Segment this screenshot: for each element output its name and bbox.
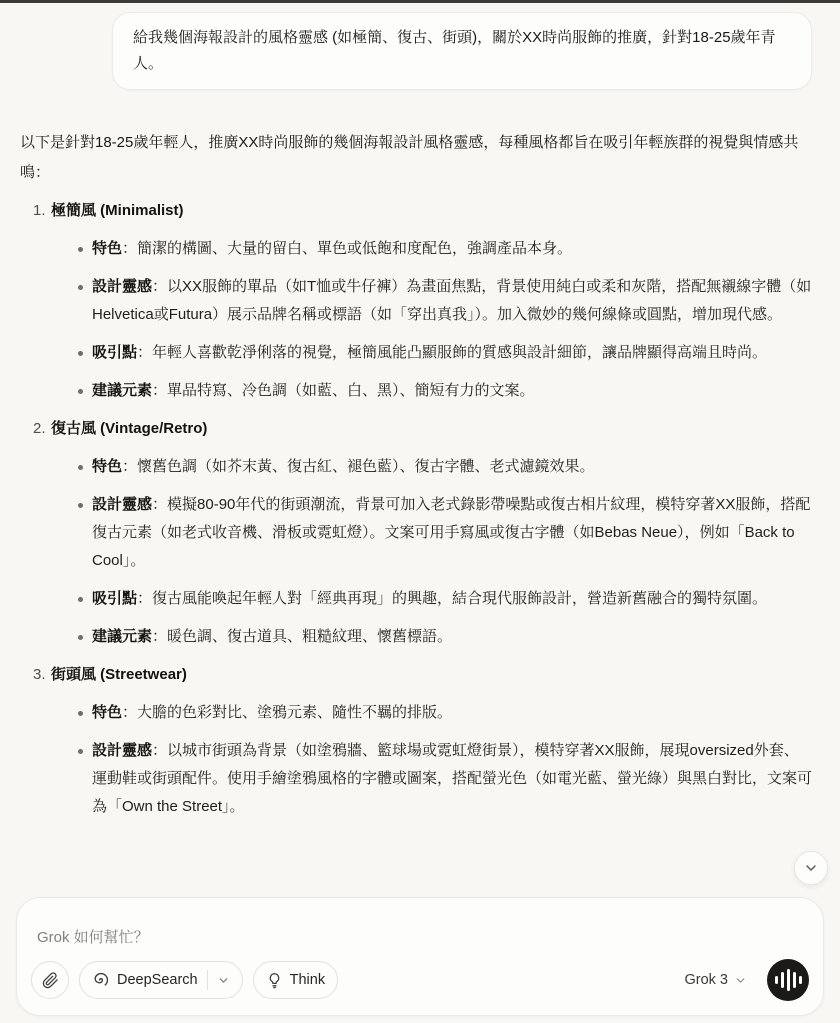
- deepsearch-label: DeepSearch: [117, 972, 198, 988]
- section-bullets: 特色：大膽的色彩對比、塗鴉元素、隨性不羈的排版。 設計靈感：以城市街頭為背景（如…: [78, 699, 812, 821]
- think-button[interactable]: Think: [253, 961, 338, 999]
- chat-area: 給我幾個海報設計的風格靈感 (如極簡、復古、街頭)，關於XX時尚服飾的推廣，針對…: [0, 3, 840, 1023]
- bullet-label: 吸引點: [92, 344, 137, 361]
- bullet-label: 特色: [92, 240, 122, 257]
- attach-file-button[interactable]: [31, 961, 69, 999]
- bullet-text: ：單品特寫、冷色調（如藍、白、黑）、簡短有力的文案。: [152, 382, 535, 399]
- pill-divider: [207, 970, 208, 990]
- chevron-down-icon: [803, 860, 819, 876]
- bullet-text: ：大膽的色彩對比、塗鴉元素、隨性不羈的排版。: [122, 704, 452, 721]
- bullet-item: 特色：懷舊色調（如芥末黃、復古紅、褪色藍）、復古字體、老式濾鏡效果。: [78, 453, 812, 481]
- bullet-item: 設計靈感：模擬80-90年代的街頭潮流，背景可加入老式錄影帶噪點或復古相片紋理，…: [78, 491, 812, 575]
- section-title: 3. 街頭風 (Streetwear): [20, 661, 812, 689]
- message-input[interactable]: [17, 898, 823, 959]
- model-selector[interactable]: Grok 3: [680, 966, 751, 994]
- bullet-label: 吸引點: [92, 590, 137, 607]
- user-message-row: 給我幾個海報設計的風格靈感 (如極簡、復古、街頭)，關於XX時尚服飾的推廣，針對…: [20, 12, 812, 90]
- bullet-label: 設計靈感: [92, 278, 152, 295]
- bullet-item: 特色：大膽的色彩對比、塗鴉元素、隨性不羈的排版。: [78, 699, 812, 727]
- bullet-label: 設計靈感: [92, 496, 152, 513]
- bullet-item: 特色：簡潔的構圖、大量的留白、單色或低飽和度配色，強調產品本身。: [78, 235, 812, 263]
- bullet-item: 吸引點：年輕人喜歡乾淨俐落的視覺，極簡風能凸顯服飾的質感與設計細節，讓品牌顯得高…: [78, 339, 812, 367]
- section-streetwear: 3. 街頭風 (Streetwear) 特色：大膽的色彩對比、塗鴉元素、隨性不羈…: [20, 661, 812, 821]
- bullet-item: 建議元素：暖色調、復古道具、粗糙紋理、懷舊標語。: [78, 623, 812, 651]
- assistant-intro: 以下是針對18-25歲年輕人，推廣XX時尚服飾的幾個海報設計風格靈感，每種風格都…: [20, 128, 812, 188]
- bullet-label: 特色: [92, 704, 122, 721]
- bullet-item: 設計靈感：以XX服飾的單品（如T恤或牛仔褲）為畫面焦點，背景使用純白或柔和灰階，…: [78, 273, 812, 329]
- assistant-response: 以下是針對18-25歲年輕人，推廣XX時尚服飾的幾個海報設計風格靈感，每種風格都…: [20, 128, 812, 821]
- think-label: Think: [290, 972, 325, 988]
- deepsearch-button[interactable]: DeepSearch: [79, 961, 243, 999]
- deepsearch-chevron-down-icon[interactable]: [217, 974, 230, 987]
- bullet-text: ：以XX服飾的單品（如T恤或牛仔褲）為畫面焦點，背景使用純白或柔和灰階，搭配無襯…: [92, 278, 811, 323]
- bullet-label: 設計靈感: [92, 742, 152, 759]
- bullet-text: ：模擬80-90年代的街頭潮流，背景可加入老式錄影帶噪點或復古相片紋理，模特穿著…: [92, 496, 810, 569]
- bullet-text: ：暖色調、復古道具、粗糙紋理、懷舊標語。: [152, 628, 452, 645]
- paperclip-icon: [42, 972, 59, 989]
- bullet-text: ：年輕人喜歡乾淨俐落的視覺，極簡風能凸顯服飾的質感與設計細節，讓品牌顯得高端且時…: [137, 344, 767, 361]
- bullet-text: ：懷舊色調（如芥末黃、復古紅、褪色藍）、復古字體、老式濾鏡效果。: [122, 458, 595, 475]
- section-title: 2. 復古風 (Vintage/Retro): [20, 415, 812, 443]
- bullet-label: 特色: [92, 458, 122, 475]
- style-sections-list: 1. 極簡風 (Minimalist) 特色：簡潔的構圖、大量的留白、單色或低飽…: [20, 197, 812, 821]
- user-message-bubble: 給我幾個海報設計的風格靈感 (如極簡、復古、街頭)，關於XX時尚服飾的推廣，針對…: [112, 12, 812, 90]
- bullet-label: 建議元素: [92, 382, 152, 399]
- section-vintage: 2. 復古風 (Vintage/Retro) 特色：懷舊色調（如芥末黃、復古紅、…: [20, 415, 812, 651]
- model-chevron-down-icon: [734, 974, 747, 987]
- section-number: 3.: [33, 661, 51, 689]
- bullet-text: ：以城市街頭為背景（如塗鴉牆、籃球場或霓虹燈街景），模特穿著XX服飾，展現ove…: [92, 742, 812, 815]
- deepsearch-spiral-icon: [92, 971, 110, 989]
- user-message-text: 給我幾個海報設計的風格靈感 (如極簡、復古、街頭)，關於XX時尚服飾的推廣，針對…: [133, 29, 776, 72]
- section-minimalist: 1. 極簡風 (Minimalist) 特色：簡潔的構圖、大量的留白、單色或低飽…: [20, 197, 812, 405]
- scroll-to-bottom-button[interactable]: [794, 851, 828, 885]
- section-bullets: 特色：懷舊色調（如芥末黃、復古紅、褪色藍）、復古字體、老式濾鏡效果。 設計靈感：…: [78, 453, 812, 651]
- section-number: 2.: [33, 415, 51, 443]
- section-heading: 極簡風 (Minimalist): [51, 197, 184, 225]
- bullet-item: 吸引點：復古風能喚起年輕人對「經典再現」的興趣，結合現代服飾設計，營造新舊融合的…: [78, 585, 812, 613]
- voice-mode-button[interactable]: [767, 959, 809, 1001]
- section-heading: 街頭風 (Streetwear): [51, 661, 187, 689]
- lightbulb-icon: [266, 972, 283, 989]
- section-title: 1. 極簡風 (Minimalist): [20, 197, 812, 225]
- audio-waveform-icon: [775, 976, 778, 984]
- section-heading: 復古風 (Vintage/Retro): [51, 415, 207, 443]
- bullet-item: 設計靈感：以城市街頭為背景（如塗鴉牆、籃球場或霓虹燈街景），模特穿著XX服飾，展…: [78, 737, 812, 821]
- bullet-label: 建議元素: [92, 628, 152, 645]
- message-composer: DeepSearch Think Grok 3: [16, 897, 824, 1016]
- bullet-text: ：復古風能喚起年輕人對「經典再現」的興趣，結合現代服飾設計，營造新舊融合的獨特氛…: [137, 590, 767, 607]
- model-label: Grok 3: [684, 972, 728, 988]
- composer-toolbar: DeepSearch Think Grok 3: [17, 959, 823, 1015]
- section-bullets: 特色：簡潔的構圖、大量的留白、單色或低飽和度配色，強調產品本身。 設計靈感：以X…: [78, 235, 812, 405]
- section-number: 1.: [33, 197, 51, 225]
- bullet-item: 建議元素：單品特寫、冷色調（如藍、白、黑）、簡短有力的文案。: [78, 377, 812, 405]
- bullet-text: ：簡潔的構圖、大量的留白、單色或低飽和度配色，強調產品本身。: [122, 240, 572, 257]
